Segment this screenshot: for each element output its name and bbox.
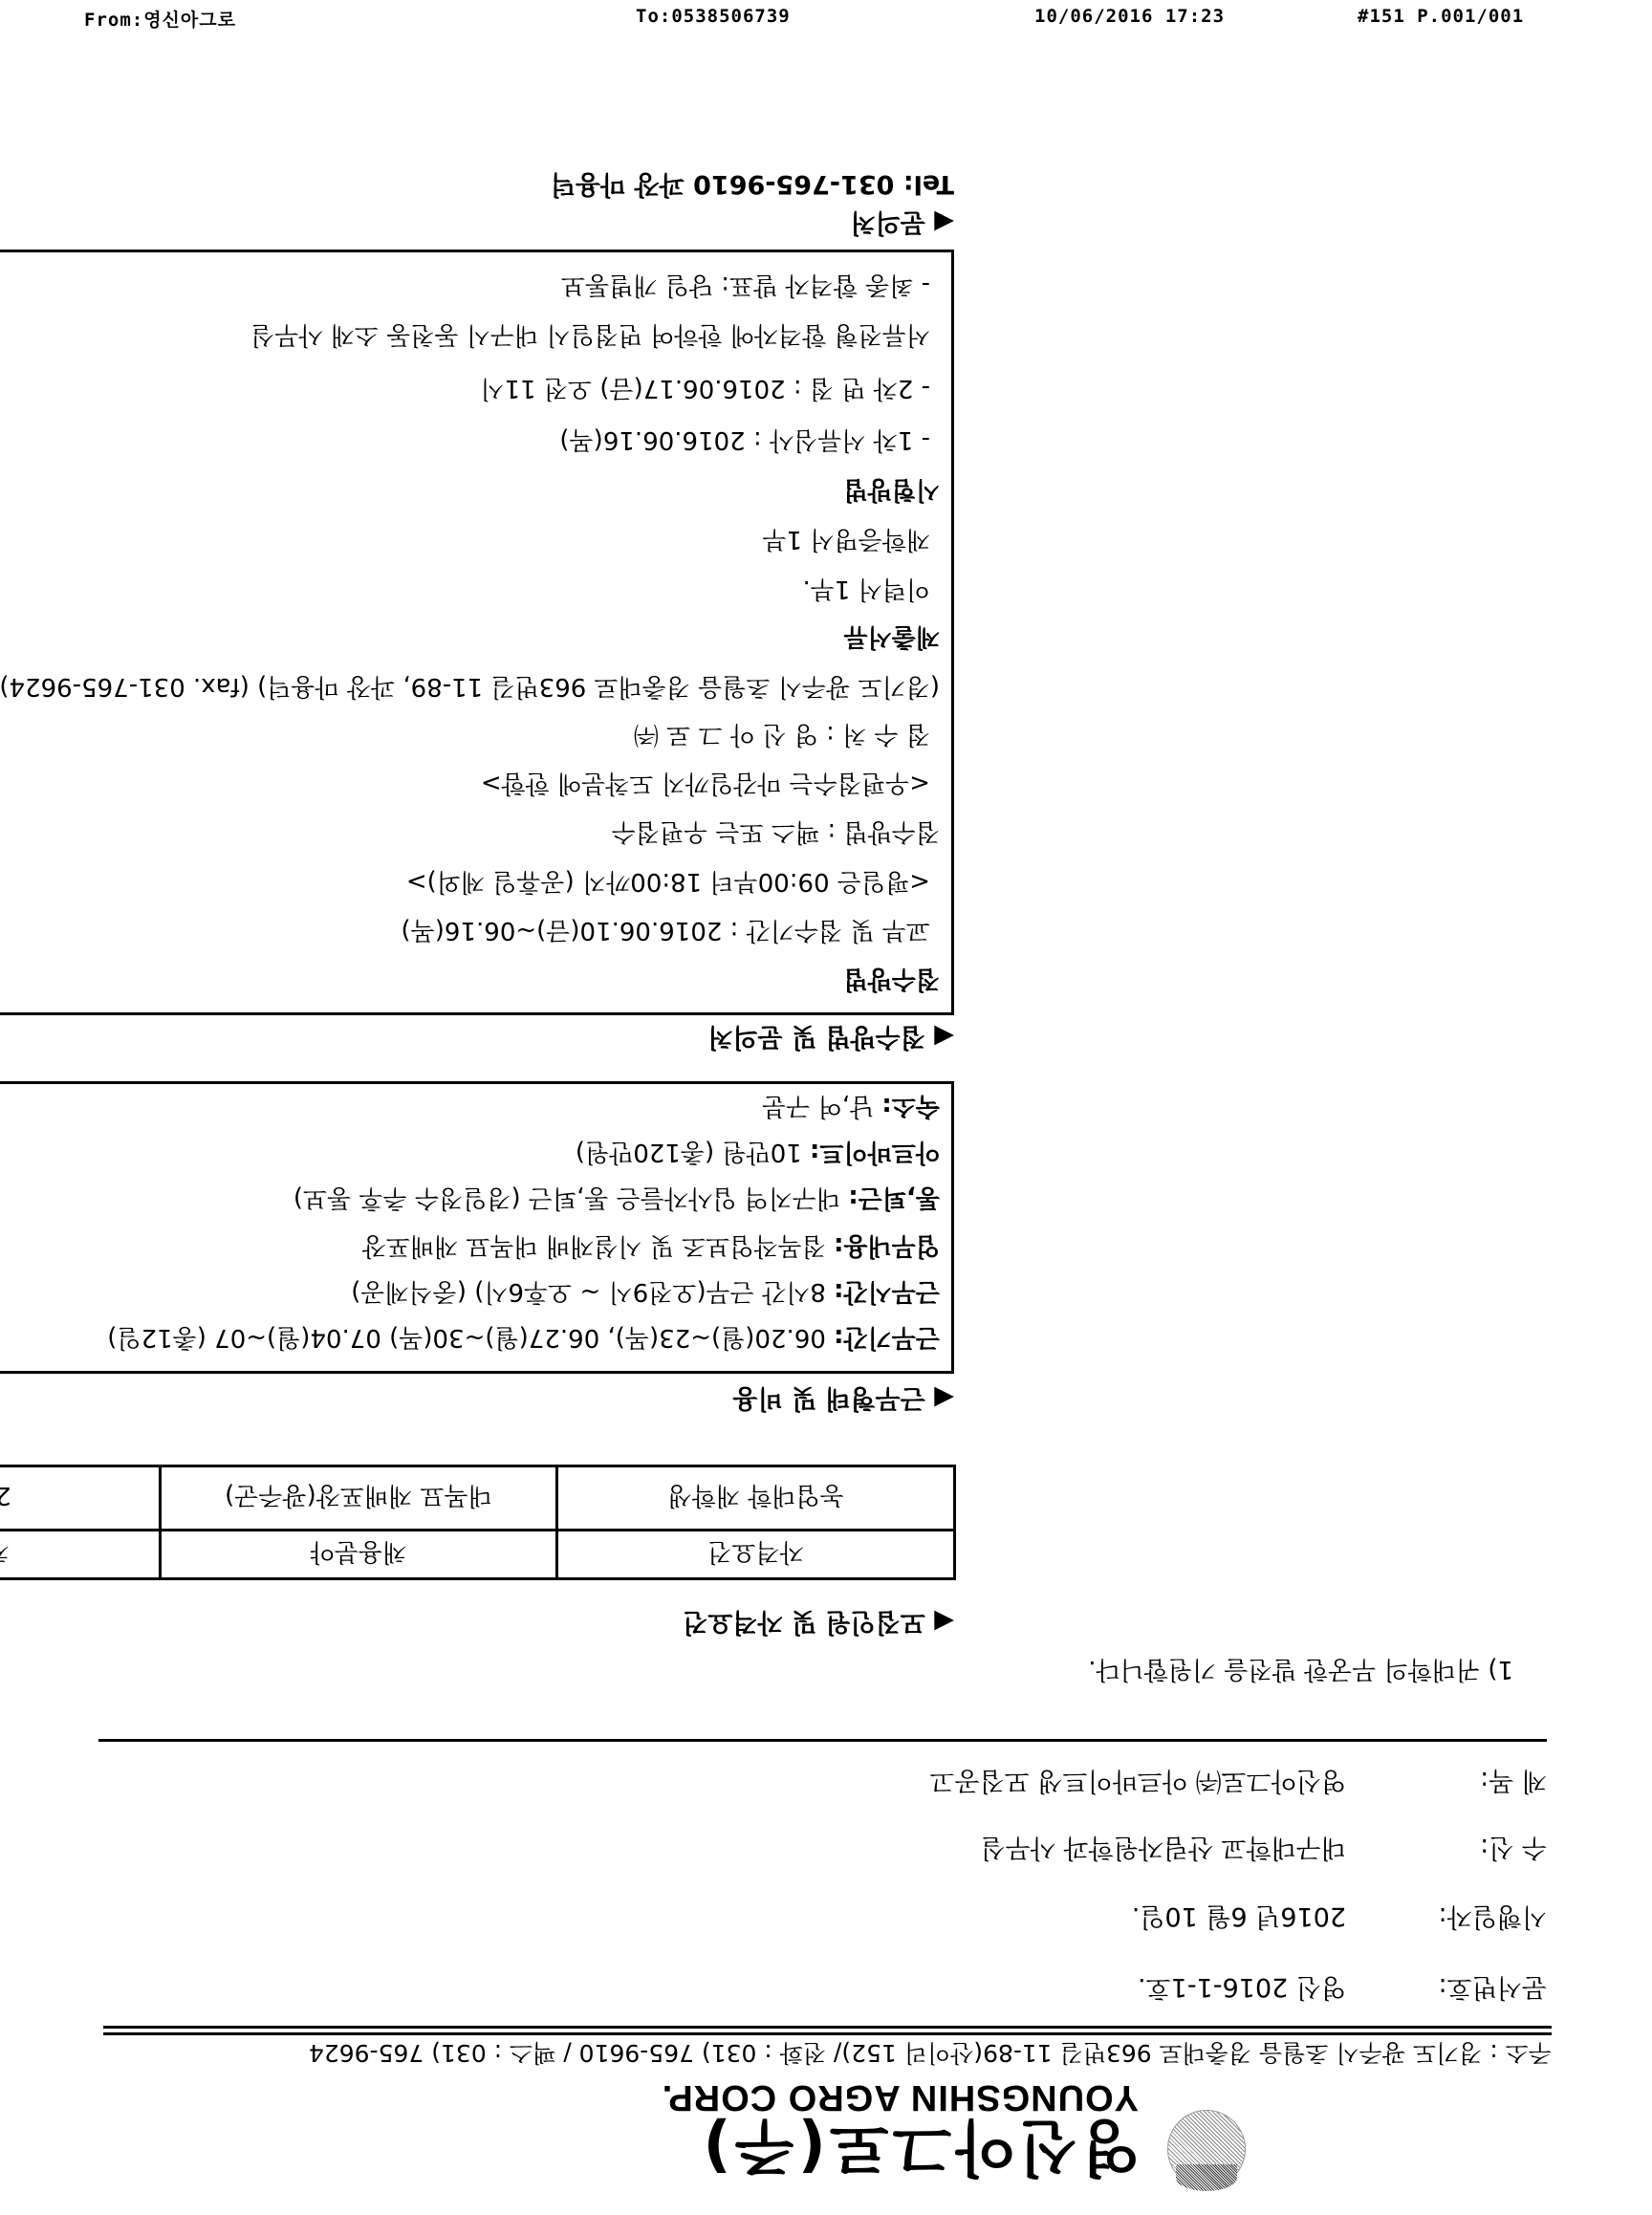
table-cell: 대목묘 재배포장(광주군) bbox=[160, 1466, 557, 1531]
divider bbox=[103, 2026, 1552, 2029]
table-cell: 2 ~ 3 명 bbox=[0, 1466, 160, 1531]
condition-line: 숙소: 남,여 구분 bbox=[762, 1091, 940, 1126]
application-box: 접수방법 교부 및 접수기간 : 2016.06.10(금)~06.16(목) … bbox=[0, 250, 954, 1015]
condition-line: 근무기간: 06.20(월)~23(목), 06.27(월)~30(목) 07.… bbox=[107, 1322, 940, 1357]
section-title-application: ◀ 접수방법 및 문의처 bbox=[707, 1021, 954, 1058]
intro-text: 1) 귀대학의 무궁한 발전을 기원합니다. bbox=[1088, 1654, 1513, 1689]
issue-date: 시행일자:2016년 6월 10일. bbox=[1132, 1900, 1547, 1938]
condition-line: 아르바이트: 10만원 (총120만원) bbox=[576, 1137, 940, 1172]
condition-line: 업무내용: 접목작업보조 및 시설재배 대목묘 재배포장 bbox=[362, 1230, 940, 1266]
rotated-document-page: 영신아그로(주) YOUNGSHIN AGRO CORP. 주소 : 경기도 광… bbox=[0, 0, 1652, 2215]
contact-phone: Tel: 031-765-9610 과장 마용덕 bbox=[551, 168, 954, 206]
table-header: 자격요건 bbox=[557, 1531, 955, 1579]
recipient: 수 신:대구대학교 산림자원학과 사무실 bbox=[981, 1832, 1547, 1869]
subject: 제 목:영신아그로㈜ 아르바이트생 모집공고 bbox=[930, 1765, 1547, 1802]
company-name-kr: 영신아그로(주) bbox=[700, 2108, 1141, 2196]
table-header: 채용분야 bbox=[160, 1531, 557, 1579]
company-logo: 영신아그로(주) YOUNGSHIN AGRO CORP. bbox=[500, 2081, 1246, 2196]
section-title-contact: ◀ 문의처 bbox=[851, 206, 954, 244]
table-header: 채용인원 bbox=[0, 1531, 160, 1579]
letterhead-address: 주소 : 경기도 광주시 초월읍 경충대로 963번길 11-89(산이리 15… bbox=[118, 2037, 1552, 2072]
doc-number: 문서번호:영신 2016-1-1호. bbox=[1138, 1971, 1547, 2009]
section-title-conditions: ◀ 근무형태 및 비용 bbox=[732, 1382, 954, 1420]
divider bbox=[103, 2032, 1552, 2035]
divider bbox=[98, 1739, 1547, 1742]
recruit-table: 자격요건 채용분야 채용인원 농업대학 재학생 대목묘 재배포장(광주군) 2 … bbox=[0, 1465, 956, 1580]
conditions-box: 근무기간: 06.20(월)~23(목), 06.27(월)~30(목) 07.… bbox=[0, 1081, 954, 1374]
section-title-recruit: ◀ 모집인원 및 자격요건 bbox=[683, 1606, 954, 1643]
condition-line: 통,퇴근: 대구지역 입사자들은 통,퇴근 (경일정수 추후 통보) bbox=[293, 1183, 940, 1218]
table-cell: 농업대학 재학생 bbox=[557, 1466, 955, 1531]
leaf-emblem-icon bbox=[1167, 2110, 1246, 2188]
company-name-en: YOUNGSHIN AGRO CORP. bbox=[662, 2076, 1139, 2117]
condition-line: 근무시간: 8시간 근무(오전9시 ~ 오후6시) (중식제공) bbox=[351, 1276, 940, 1312]
